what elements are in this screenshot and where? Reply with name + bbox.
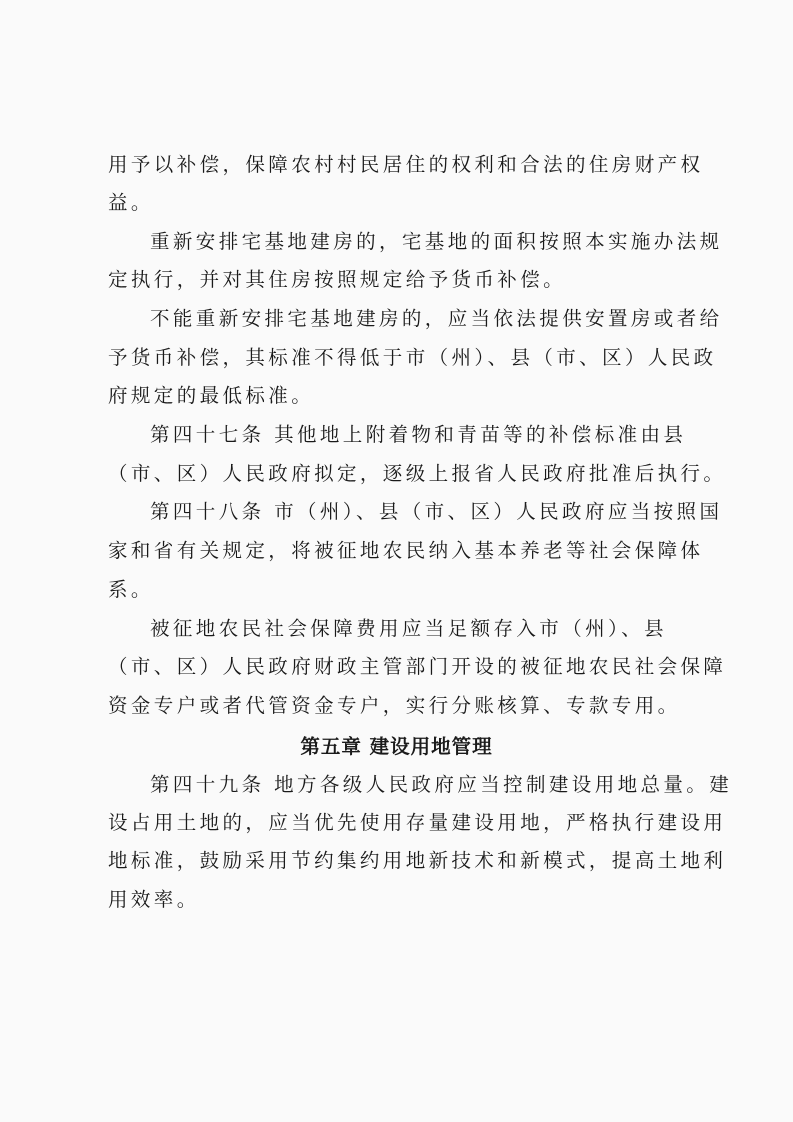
text-line: （市、区）人民政府拟定，逐级上报省人民政府批准后执行。 (108, 459, 698, 489)
text-line: 益。 (108, 188, 698, 218)
text-line: 家和省有关规定，将被征地农民纳入基本养老等社会保障体 (108, 536, 698, 566)
text-line: 用效率。 (108, 885, 698, 915)
text-line: 地标准，鼓励采用节约集约用地新技术和新模式，提高土地利 (108, 846, 698, 876)
text-line: （市、区）人民政府财政主管部门开设的被征地农民社会保障 (108, 652, 698, 682)
text-line: 府规定的最低标准。 (108, 381, 698, 411)
text-line: 设占用土地的，应当优先使用存量建设用地，严格执行建设用 (108, 808, 698, 838)
text-line: 用予以补偿，保障农村村民居住的权利和合法的住房财产权 (108, 150, 698, 180)
text-line: 定执行，并对其住房按照规定给予货币补偿。 (108, 265, 698, 295)
article-48: 第四十八条 市（州）、县（市、区）人民政府应当按照国 (150, 497, 740, 527)
text-line: 予货币补偿，其标准不得低于市（州）、县（市、区）人民政 (108, 343, 698, 373)
article-49: 第四十九条 地方各级人民政府应当控制建设用地总量。建 (150, 770, 740, 800)
paragraph-start: 不能重新安排宅基地建房的，应当依法提供安置房或者给 (150, 304, 740, 334)
text-line: 资金专户或者代管资金专户，实行分账核算、专款专用。 (108, 691, 698, 721)
article-47: 第四十七条 其他地上附着物和青苗等的补偿标准由县 (150, 420, 740, 450)
text-line: 系。 (108, 575, 698, 605)
chapter-heading: 第五章 建设用地管理 (0, 732, 793, 762)
paragraph-start: 被征地农民社会保障费用应当足额存入市（州）、县 (150, 614, 740, 644)
paragraph-start: 重新安排宅基地建房的，宅基地的面积按照本实施办法规 (150, 227, 740, 257)
document-page: 用予以补偿，保障农村村民居住的权利和合法的住房财产权 益。 重新安排宅基地建房的… (0, 0, 793, 1122)
